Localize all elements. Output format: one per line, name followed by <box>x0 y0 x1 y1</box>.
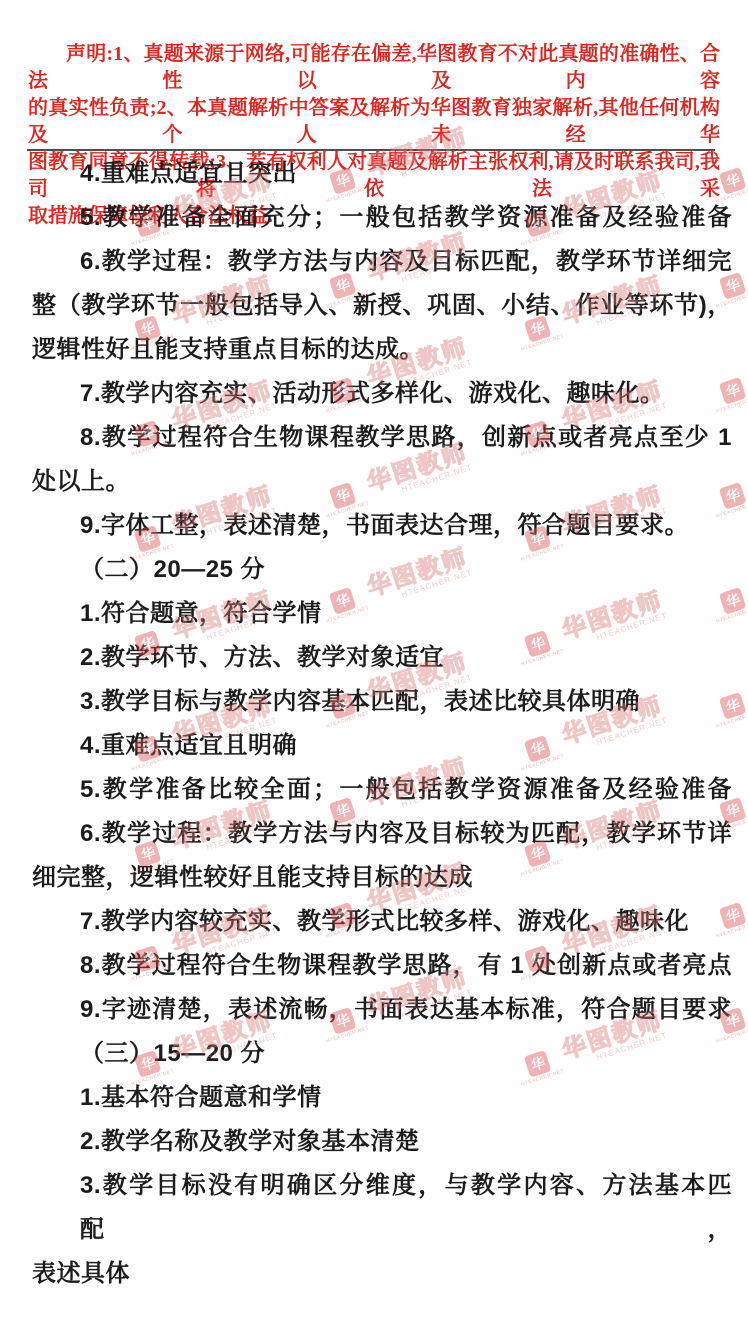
text-line: 8.教学过程符合生物课程教学思路，有 1 处创新点或者亮点 <box>32 944 732 988</box>
text-line: 3.教学目标没有明确区分维度，与教学内容、方法基本匹配， <box>32 1164 732 1252</box>
text-line: 8.教学过程符合生物课程教学思路，创新点或者亮点至少 1 <box>32 416 732 460</box>
text-line: 1.符合题意，符合学情 <box>32 592 732 636</box>
text-line: 整（教学环节一般包括导入、新授、巩固、小结、作业等环节)， <box>32 284 732 328</box>
text-line: 逻辑性好且能支持重点目标的达成。 <box>32 328 732 372</box>
text-line: 2.教学名称及教学对象基本清楚 <box>32 1120 732 1164</box>
text-line: 处以上。 <box>32 460 732 504</box>
disclaimer-line: 声明:1、真题来源于网络,可能存在偏差,华图教育不对此真题的准确性、合法性以及内… <box>28 41 720 95</box>
text-line: 2.教学环节、方法、教学对象适宜 <box>32 636 732 680</box>
disclaimer-line: 的真实性负责;2、本真题解析中答案及解析为华图教育独家解析,其他任何机构及个人未… <box>28 95 720 149</box>
text-line: 7.教学内容充实、活动形式多样化、游戏化、趣味化。 <box>32 372 732 416</box>
text-line: 3.教学目标与教学内容基本匹配，表述比较具体明确 <box>32 680 732 724</box>
text-line: 9.字体工整，表述清楚，书面表达合理，符合题目要求。 <box>32 504 732 548</box>
text-line: （三）15—20 分 <box>32 1032 732 1076</box>
document-body: 4.重难点适宜且突出5.教学准备全面充分；一般包括教学资源准备及经验准备6.教学… <box>32 152 732 1296</box>
text-line: 5.教学准备全面充分；一般包括教学资源准备及经验准备 <box>32 196 732 240</box>
text-line: 5.教学准备比较全面；一般包括教学资源准备及经验准备 <box>32 768 732 812</box>
disclaimer-label: 声明: <box>66 43 113 65</box>
text-line: 7.教学内容较充实、教学形式比较多样、游戏化、趣味化 <box>32 900 732 944</box>
text-line: 1.基本符合题意和学情 <box>32 1076 732 1120</box>
text-line: 细完整，逻辑性较好且能支持目标的达成 <box>32 856 732 900</box>
text-line: 4.重难点适宜且突出 <box>32 152 732 196</box>
text-line: 6.教学过程：教学方法与内容及目标较为匹配，教学环节详 <box>32 812 732 856</box>
text-line: （二）20—25 分 <box>32 548 732 592</box>
header-divider-line <box>27 149 715 151</box>
text-line: 表述具体 <box>32 1252 732 1296</box>
text-line: 4.重难点适宜且明确 <box>32 724 732 768</box>
text-line: 6.教学过程：教学方法与内容及目标匹配，教学环节详细完 <box>32 240 732 284</box>
text-line: 9.字迹清楚，表述流畅，书面表达基本标准，符合题目要求 <box>32 988 732 1032</box>
document-page: 声明:1、真题来源于网络,可能存在偏差,华图教育不对此真题的准确性、合法性以及内… <box>0 0 748 1335</box>
